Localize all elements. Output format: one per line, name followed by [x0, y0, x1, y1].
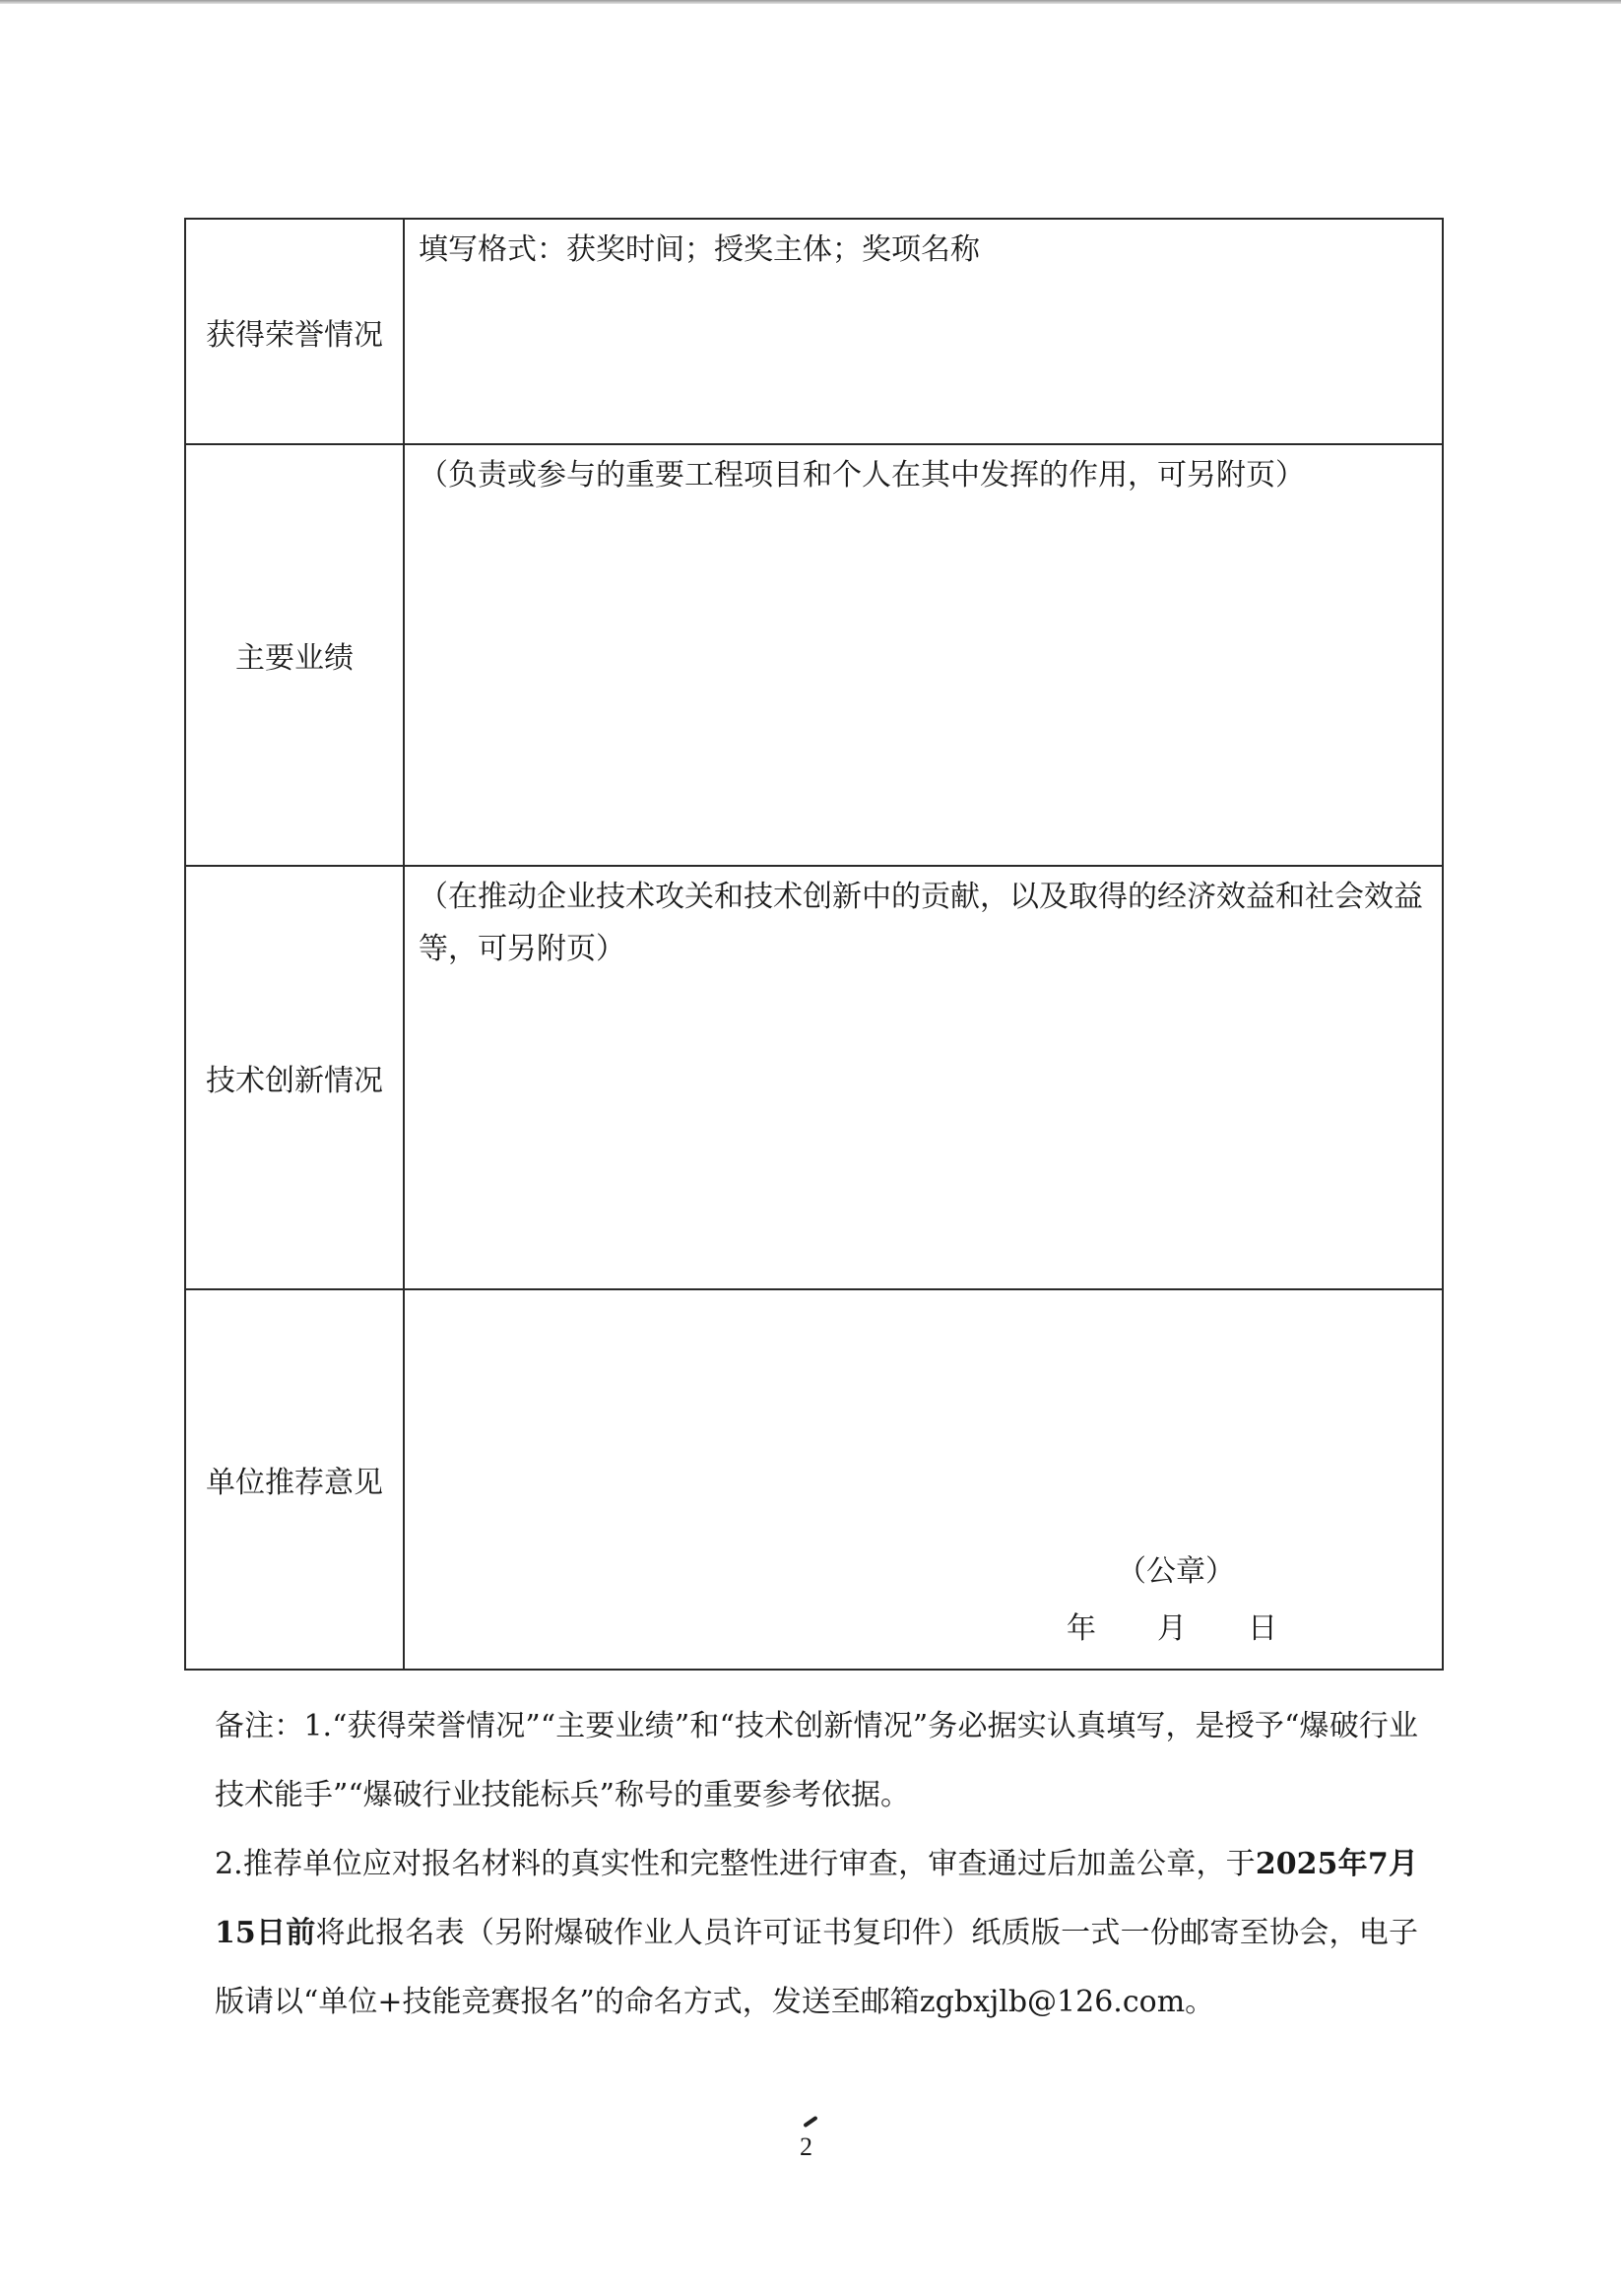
note-2: 2.推荐单位应对报名材料的真实性和完整性进行审查，审查通过后加盖公章，于2025…: [215, 1830, 1418, 2037]
honors-label: 获得荣誉情况: [185, 219, 404, 444]
notes-section: 备注：1.“获得荣誉情况”“主要业绩”和“技术创新情况”务必据实认真填写，是授予…: [215, 1692, 1418, 2037]
row-honors: 获得荣誉情况 填写格式：获奖时间；授奖主体；奖项名称: [185, 219, 1443, 444]
recommendation-label: 单位推荐意见: [185, 1289, 404, 1670]
recommendation-field[interactable]: （公章） 年 月 日: [404, 1289, 1443, 1670]
achievements-hint: （负责或参与的重要工程项目和个人在其中发挥的作用，可另附页）: [419, 449, 1428, 501]
honors-hint: 填写格式：获奖时间；授奖主体；奖项名称: [419, 224, 1428, 276]
achievements-field[interactable]: （负责或参与的重要工程项目和个人在其中发挥的作用，可另附页）: [404, 444, 1443, 866]
note-2-prefix: 2.推荐单位应对报名材料的真实性和完整性进行审查，审查通过后加盖公章，于: [215, 1847, 1256, 1881]
official-seal-placeholder: （公章）: [1117, 1545, 1235, 1598]
row-innovation: 技术创新情况 （在推动企业技术攻关和技术创新中的贡献，以及取得的经济效益和社会效…: [185, 866, 1443, 1289]
row-achievements: 主要业绩 （负责或参与的重要工程项目和个人在其中发挥的作用，可另附页）: [185, 444, 1443, 866]
achievements-label: 主要业绩: [185, 444, 404, 866]
innovation-label: 技术创新情况: [185, 866, 404, 1289]
innovation-hint: （在推动企业技术攻关和技术创新中的贡献，以及取得的经济效益和社会效益等，可另附页…: [419, 871, 1428, 975]
date-day: 日: [1248, 1603, 1287, 1655]
date-month: 月: [1157, 1603, 1248, 1655]
honors-field[interactable]: 填写格式：获奖时间；授奖主体；奖项名称: [404, 219, 1443, 444]
note-2-suffix: 将此报名表（另附爆破作业人员许可证书复印件）纸质版一式一份邮寄至协会，电子版请以…: [215, 1916, 1418, 2019]
page-number: 2: [800, 2132, 812, 2162]
row-recommendation: 单位推荐意见 （公章） 年 月 日: [185, 1289, 1443, 1670]
pen-mark: [803, 2116, 817, 2128]
date-line: 年 月 日: [1067, 1603, 1287, 1655]
scan-edge: [0, 0, 1621, 4]
note-1: 备注：1.“获得荣誉情况”“主要业绩”和“技术创新情况”务必据实认真填写，是授予…: [215, 1692, 1418, 1830]
innovation-field[interactable]: （在推动企业技术攻关和技术创新中的贡献，以及取得的经济效益和社会效益等，可另附页…: [404, 866, 1443, 1289]
application-form-table: 获得荣誉情况 填写格式：获奖时间；授奖主体；奖项名称 主要业绩 （负责或参与的重…: [184, 218, 1444, 1671]
date-year: 年: [1067, 1603, 1157, 1655]
